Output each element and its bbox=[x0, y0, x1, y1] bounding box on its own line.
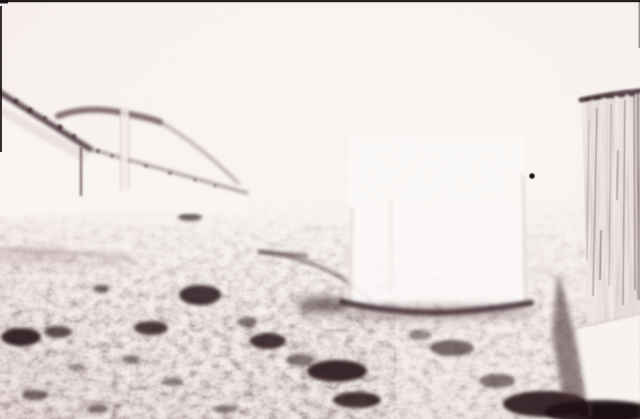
photo-frame bbox=[0, 0, 640, 419]
photo-canvas bbox=[0, 0, 640, 419]
film-grain bbox=[0, 0, 640, 419]
